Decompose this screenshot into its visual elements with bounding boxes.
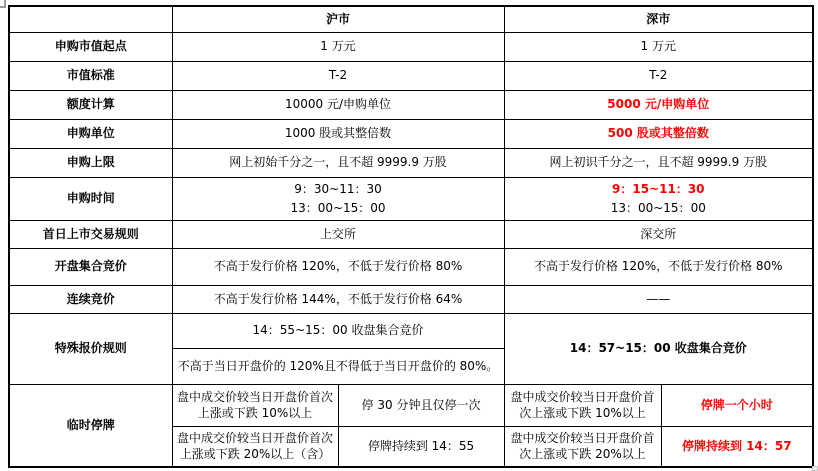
label-opening-auction: 开盘集合竞价 bbox=[9, 248, 172, 285]
document-page: 沪市 深市 申购市值起点 1 万元 1 万元 市值标准 T-2 T-2 额度计算… bbox=[0, 0, 818, 471]
cell-standard-sh: T-2 bbox=[172, 61, 504, 90]
time-sz-am: 9：15~11：30 bbox=[507, 180, 811, 199]
header-shanghai: 沪市 bbox=[172, 6, 504, 32]
label-time: 申购时间 bbox=[9, 177, 172, 220]
cell-temp-halt-sz-cond1: 盘中成交价较当日开盘价首次上涨或下跌 10%以上 bbox=[504, 384, 661, 426]
cell-temp-halt-sh-action2: 停牌持续到 14：55 bbox=[338, 426, 504, 467]
row-first-day: 首日上市交易规则 上交所 深交所 bbox=[9, 220, 813, 248]
row-special-quote-1: 特殊报价规则 14：55~15：00 收盘集合竞价 14：57~15：00 收盘… bbox=[9, 313, 813, 348]
label-continuous-auction: 连续竞价 bbox=[9, 285, 172, 313]
cell-temp-halt-sz-action1: 停牌一个小时 bbox=[661, 384, 813, 426]
label-standard: 市值标准 bbox=[9, 61, 172, 90]
time-sh-pm: 13：00~15：00 bbox=[175, 199, 502, 218]
cell-threshold-sz: 1 万元 bbox=[504, 32, 813, 61]
row-continuous-auction: 连续竞价 不高于发行价格 144%，不低于发行价格 64% —— bbox=[9, 285, 813, 313]
header-row: 沪市 深市 bbox=[9, 6, 813, 32]
cell-temp-halt-sh-cond2: 盘中成交价较当日开盘价首次上涨或下跌 20%以上（含） bbox=[172, 426, 338, 467]
cell-temp-halt-sh-cond1: 盘中成交价较当日开盘价首次上涨或下跌 10%以上 bbox=[172, 384, 338, 426]
row-opening-auction: 开盘集合竞价 不高于发行价格 120%，不低于发行价格 80% 不高于发行价格 … bbox=[9, 248, 813, 285]
cell-special-quote-sz: 14：57~15：00 收盘集合竞价 bbox=[504, 313, 813, 384]
cell-continuous-auction-sz: —— bbox=[504, 285, 813, 313]
cell-time-sz: 9：15~11：30 13：00~15：00 bbox=[504, 177, 813, 220]
cell-continuous-auction-sh: 不高于发行价格 144%，不低于发行价格 64% bbox=[172, 285, 504, 313]
time-sz-pm: 13：00~15：00 bbox=[507, 199, 811, 218]
cell-temp-halt-sz-cond2: 盘中成交价较当日开盘价首次上涨或下跌 20%以上 bbox=[504, 426, 661, 467]
cell-first-day-sh: 上交所 bbox=[172, 220, 504, 248]
row-limit: 申购上限 网上初始千分之一，且不超 9999.9 万股 网上初识千分之一，且不超… bbox=[9, 148, 813, 177]
cell-opening-auction-sz: 不高于发行价格 120%，不低于发行价格 80% bbox=[504, 248, 813, 285]
label-special-quote: 特殊报价规则 bbox=[9, 313, 172, 384]
ipo-rules-comparison-table: 沪市 深市 申购市值起点 1 万元 1 万元 市值标准 T-2 T-2 额度计算… bbox=[8, 5, 814, 468]
label-temp-halt: 临时停牌 bbox=[9, 384, 172, 467]
label-limit: 申购上限 bbox=[9, 148, 172, 177]
table-resize-handle[interactable] bbox=[812, 466, 818, 471]
header-shenzhen: 深市 bbox=[504, 6, 813, 32]
header-corner-cell bbox=[9, 6, 172, 32]
label-threshold: 申购市值起点 bbox=[9, 32, 172, 61]
table-move-handle[interactable] bbox=[0, 0, 6, 8]
row-standard: 市值标准 T-2 T-2 bbox=[9, 61, 813, 90]
cell-time-sh: 9：30~11：30 13：00~15：00 bbox=[172, 177, 504, 220]
row-unit: 申购单位 1000 股或其整倍数 500 股或其整倍数 bbox=[9, 119, 813, 148]
cell-unit-sh: 1000 股或其整倍数 bbox=[172, 119, 504, 148]
cell-first-day-sz: 深交所 bbox=[504, 220, 813, 248]
label-quota: 额度计算 bbox=[9, 90, 172, 119]
cell-quota-sz: 5000 元/申购单位 bbox=[504, 90, 813, 119]
cell-opening-auction-sh: 不高于发行价格 120%，不低于发行价格 80% bbox=[172, 248, 504, 285]
row-time: 申购时间 9：30~11：30 13：00~15：00 9：15~11：30 1… bbox=[9, 177, 813, 220]
cell-temp-halt-sz-action2: 停牌持续到 14：57 bbox=[661, 426, 813, 467]
cell-unit-sz: 500 股或其整倍数 bbox=[504, 119, 813, 148]
cell-temp-halt-sh-action1: 停 30 分钟且仅停一次 bbox=[338, 384, 504, 426]
label-unit: 申购单位 bbox=[9, 119, 172, 148]
cell-limit-sz: 网上初识千分之一，且不超 9999.9 万股 bbox=[504, 148, 813, 177]
time-sh-am: 9：30~11：30 bbox=[175, 180, 502, 199]
row-temp-halt-1: 临时停牌 盘中成交价较当日开盘价首次上涨或下跌 10%以上 停 30 分钟且仅停… bbox=[9, 384, 813, 426]
cell-special-quote-sh-1: 14：55~15：00 收盘集合竞价 bbox=[172, 313, 504, 348]
cell-threshold-sh: 1 万元 bbox=[172, 32, 504, 61]
cell-quota-sh: 10000 元/申购单位 bbox=[172, 90, 504, 119]
cell-standard-sz: T-2 bbox=[504, 61, 813, 90]
row-threshold: 申购市值起点 1 万元 1 万元 bbox=[9, 32, 813, 61]
label-first-day: 首日上市交易规则 bbox=[9, 220, 172, 248]
cell-special-quote-sh-2: 不高于当日开盘价的 120%且不得低于当日开盘价的 80%。 bbox=[172, 348, 504, 384]
cell-limit-sh: 网上初始千分之一，且不超 9999.9 万股 bbox=[172, 148, 504, 177]
row-quota: 额度计算 10000 元/申购单位 5000 元/申购单位 bbox=[9, 90, 813, 119]
